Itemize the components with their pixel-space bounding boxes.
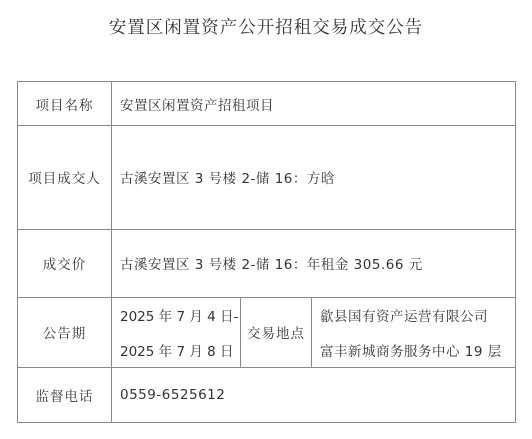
value-price: 古溪安置区 3 号楼 2-储 16：年租金 305.66 元 xyxy=(112,229,515,297)
label-winner: 项目成交人 xyxy=(18,125,112,229)
label-project-name: 项目名称 xyxy=(18,82,112,125)
value-project-name: 安置区闲置资产招租项目 xyxy=(112,82,515,125)
row-period-location: 公告期 2025 年 7 月 4 日- 2025 年 7 月 8 日 交易地点 … xyxy=(18,297,515,368)
row-project-name: 项目名称 安置区闲置资产招租项目 xyxy=(18,82,515,126)
value-notice-period: 2025 年 7 月 4 日- 2025 年 7 月 8 日 xyxy=(112,297,241,367)
period-start: 2025 年 7 月 4 日- xyxy=(120,305,240,325)
row-winner: 项目成交人 古溪安置区 3 号楼 2-储 16：方晗 xyxy=(18,125,515,230)
value-winner: 古溪安置区 3 号楼 2-储 16：方晗 xyxy=(112,125,515,229)
location-line1: 歙县国有资产运营有限公司 xyxy=(320,305,515,325)
period-end: 2025 年 7 月 8 日 xyxy=(120,340,240,360)
label-phone: 监督电话 xyxy=(18,367,112,423)
label-notice-period: 公告期 xyxy=(18,297,112,367)
label-location: 交易地点 xyxy=(241,297,312,367)
row-phone: 监督电话 0559-6525612 xyxy=(18,367,515,423)
value-phone: 0559-6525612 xyxy=(112,367,515,423)
label-price: 成交价 xyxy=(18,229,112,297)
location-line2: 富丰新城商务服务中心 19 层 xyxy=(320,340,515,360)
page-title: 安置区闲置资产公开招租交易成交公告 xyxy=(0,14,532,39)
announcement-table: 项目名称 安置区闲置资产招租项目 项目成交人 古溪安置区 3 号楼 2-储 16… xyxy=(17,81,516,423)
value-location: 歙县国有资产运营有限公司 富丰新城商务服务中心 19 层 xyxy=(312,297,515,367)
row-price: 成交价 古溪安置区 3 号楼 2-储 16：年租金 305.66 元 xyxy=(18,229,515,298)
